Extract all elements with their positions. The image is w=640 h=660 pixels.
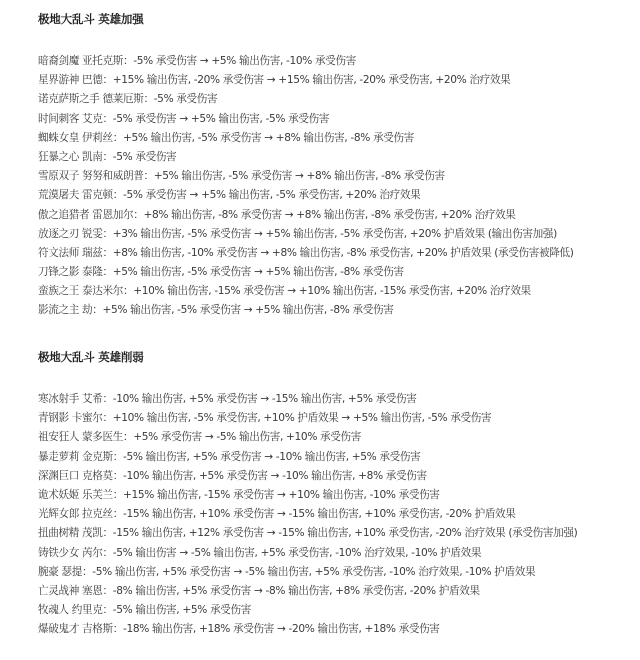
hero-name: 蛮族之王 泰达米尔：	[38, 285, 133, 297]
hero-name: 雪原双子 努努和威朗普：	[38, 170, 154, 182]
hero-name: 腕豪 瑟提：	[38, 566, 92, 578]
hero-name: 深渊巨口 克格莫：	[38, 470, 123, 482]
change-text: -5% 输出伤害, +5% 承受伤害 → -10% 输出伤害, +5% 承受伤害	[123, 451, 420, 463]
change-text: -8% 输出伤害, +5% 承受伤害 → -8% 输出伤害, +8% 承受伤害,…	[113, 585, 480, 597]
hero-name: 青钢影 卡蜜尔：	[38, 412, 113, 424]
change-text: +10% 输出伤害, -5% 承受伤害, +10% 护盾效果 → +5% 输出伤…	[113, 412, 491, 424]
change-text: +5% 输出伤害, -5% 承受伤害 → +8% 输出伤害, -8% 承受伤害	[123, 132, 414, 144]
change-text: -15% 输出伤害, +12% 承受伤害 → -15% 输出伤害, +10% 承…	[113, 527, 578, 539]
hero-name: 傲之追猎者 雷恩加尔：	[38, 209, 143, 221]
change-text: -5% 输出伤害, +5% 承受伤害 → -5% 输出伤害, +5% 承受伤害,…	[92, 566, 535, 578]
buff-item: 星界游神 巴德：+15% 输出伤害, -20% 承受伤害 → +15% 输出伤害…	[38, 71, 574, 90]
hero-name: 暴走萝莉 金克斯：	[38, 451, 123, 463]
change-text: -18% 输出伤害, +18% 承受伤害 → -20% 输出伤害, +18% 承…	[123, 623, 440, 635]
nerf-item: 青钢影 卡蜜尔：+10% 输出伤害, -5% 承受伤害, +10% 护盾效果 →…	[38, 409, 577, 428]
change-text: +15% 输出伤害, -20% 承受伤害 → +15% 输出伤害, -20% 承…	[113, 74, 511, 86]
buff-item: 狂暴之心 凯南：-5% 承受伤害	[38, 148, 574, 167]
buff-item: 放逐之刃 锐雯：+3% 输出伤害, -5% 承受伤害 → +5% 输出伤害, -…	[38, 225, 574, 244]
buff-item: 影流之主 劫：+5% 输出伤害, -5% 承受伤害 → +5% 输出伤害, -8…	[38, 301, 574, 320]
buff-item: 雪原双子 努努和威朗普：+5% 输出伤害, -5% 承受伤害 → +8% 输出伤…	[38, 167, 574, 186]
nerf-item: 寒冰射手 艾希：-10% 输出伤害, +5% 承受伤害 → -15% 输出伤害,…	[38, 390, 577, 409]
nerfs-list: 寒冰射手 艾希：-10% 输出伤害, +5% 承受伤害 → -15% 输出伤害,…	[38, 390, 577, 639]
hero-name: 祖安狂人 蒙多医生：	[38, 431, 133, 443]
change-text: +5% 输出伤害, -5% 承受伤害 → +5% 输出伤害, -8% 承受伤害	[102, 304, 393, 316]
nerf-item: 牧魂人 约里克：-5% 输出伤害, +5% 承受伤害	[38, 601, 577, 620]
nerf-item: 诡术妖姬 乐芙兰：+15% 输出伤害, -15% 承受伤害 → +10% 输出伤…	[38, 486, 577, 505]
buff-item: 荒漠屠夫 雷克顿：-5% 承受伤害 → +5% 输出伤害, -5% 承受伤害, …	[38, 186, 574, 205]
nerf-item: 祖安狂人 蒙多医生：+5% 承受伤害 → -5% 输出伤害, +10% 承受伤害	[38, 428, 577, 447]
nerf-item: 深渊巨口 克格莫：-10% 输出伤害, +5% 承受伤害 → -10% 输出伤害…	[38, 467, 577, 486]
nerf-item: 扭曲树精 茂凯：-15% 输出伤害, +12% 承受伤害 → -15% 输出伤害…	[38, 524, 577, 543]
change-text: -5% 输出伤害 → -5% 输出伤害, +5% 承受伤害, -10% 治疗效果…	[113, 547, 481, 559]
hero-name: 符文法师 瑞兹：	[38, 247, 113, 259]
hero-name: 诡术妖姬 乐芙兰：	[38, 489, 123, 501]
change-text: -5% 承受伤害	[154, 93, 218, 105]
hero-name: 亡灵战神 塞恩：	[38, 585, 113, 597]
hero-name: 暗裔剑魔 亚托克斯：	[38, 55, 133, 67]
change-text: +10% 输出伤害, -15% 承受伤害 → +10% 输出伤害, -15% 承…	[133, 285, 531, 297]
buff-item: 傲之追猎者 雷恩加尔：+8% 输出伤害, -8% 承受伤害 → +8% 输出伤害…	[38, 206, 574, 225]
hero-name: 狂暴之心 凯南：	[38, 151, 113, 163]
hero-name: 时间刺客 艾克：	[38, 113, 113, 125]
hero-name: 影流之主 劫：	[38, 304, 102, 316]
change-text: -5% 承受伤害	[113, 151, 177, 163]
buffs-section-title: 极地大乱斗 英雄加强	[38, 11, 144, 27]
hero-name: 寒冰射手 艾希：	[38, 393, 113, 405]
nerf-item: 铸铁少女 芮尔：-5% 输出伤害 → -5% 输出伤害, +5% 承受伤害, -…	[38, 544, 577, 563]
change-text: +8% 输出伤害, -10% 承受伤害 → +8% 输出伤害, -8% 承受伤害…	[113, 247, 574, 259]
change-text: -5% 输出伤害, +5% 承受伤害	[113, 604, 251, 616]
buff-item: 符文法师 瑞兹：+8% 输出伤害, -10% 承受伤害 → +8% 输出伤害, …	[38, 244, 574, 263]
change-text: -5% 承受伤害 → +5% 输出伤害, -5% 承受伤害	[113, 113, 329, 125]
hero-name: 刀锋之影 泰隆：	[38, 266, 113, 278]
buff-item: 暗裔剑魔 亚托克斯：-5% 承受伤害 → +5% 输出伤害, -10% 承受伤害	[38, 52, 574, 71]
hero-name: 爆破鬼才 吉格斯：	[38, 623, 123, 635]
change-text: -15% 输出伤害, +10% 承受伤害 → -15% 输出伤害, +10% 承…	[123, 508, 516, 520]
change-text: +3% 输出伤害, -5% 承受伤害 → +5% 输出伤害, -5% 承受伤害,…	[113, 228, 557, 240]
buff-item: 蛮族之王 泰达米尔：+10% 输出伤害, -15% 承受伤害 → +10% 输出…	[38, 282, 574, 301]
hero-name: 诺克萨斯之手 德莱厄斯：	[38, 93, 154, 105]
change-text: -5% 承受伤害 → +5% 输出伤害, -5% 承受伤害, +20% 治疗效果	[123, 189, 420, 201]
buff-item: 时间刺客 艾克：-5% 承受伤害 → +5% 输出伤害, -5% 承受伤害	[38, 110, 574, 129]
nerfs-section-title: 极地大乱斗 英雄削弱	[38, 349, 144, 365]
change-text: +8% 输出伤害, -8% 承受伤害 → +8% 输出伤害, -8% 承受伤害,…	[143, 209, 515, 221]
nerf-item: 光辉女郎 拉克丝：-15% 输出伤害, +10% 承受伤害 → -15% 输出伤…	[38, 505, 577, 524]
buff-item: 蜘蛛女皇 伊莉丝：+5% 输出伤害, -5% 承受伤害 → +8% 输出伤害, …	[38, 129, 574, 148]
buff-item: 诺克萨斯之手 德莱厄斯：-5% 承受伤害	[38, 90, 574, 109]
hero-name: 放逐之刃 锐雯：	[38, 228, 113, 240]
buff-item: 刀锋之影 泰隆：+5% 输出伤害, -5% 承受伤害 → +5% 输出伤害, -…	[38, 263, 574, 282]
hero-name: 铸铁少女 芮尔：	[38, 547, 113, 559]
nerf-item: 暴走萝莉 金克斯：-5% 输出伤害, +5% 承受伤害 → -10% 输出伤害,…	[38, 448, 577, 467]
hero-name: 扭曲树精 茂凯：	[38, 527, 113, 539]
nerf-item: 腕豪 瑟提：-5% 输出伤害, +5% 承受伤害 → -5% 输出伤害, +5%…	[38, 563, 577, 582]
change-text: +5% 输出伤害, -5% 承受伤害 → +5% 输出伤害, -8% 承受伤害	[113, 266, 404, 278]
change-text: -10% 输出伤害, +5% 承受伤害 → -15% 输出伤害, +5% 承受伤…	[113, 393, 417, 405]
hero-name: 星界游神 巴德：	[38, 74, 113, 86]
change-text: +5% 输出伤害, -5% 承受伤害 → +8% 输出伤害, -8% 承受伤害	[154, 170, 445, 182]
hero-name: 蜘蛛女皇 伊莉丝：	[38, 132, 123, 144]
hero-name: 荒漠屠夫 雷克顿：	[38, 189, 123, 201]
hero-name: 光辉女郎 拉克丝：	[38, 508, 123, 520]
change-text: -10% 输出伤害, +5% 承受伤害 → -10% 输出伤害, +8% 承受伤…	[123, 470, 427, 482]
hero-name: 牧魂人 约里克：	[38, 604, 113, 616]
change-text: +15% 输出伤害, -15% 承受伤害 → +10% 输出伤害, -10% 承…	[123, 489, 440, 501]
buffs-list: 暗裔剑魔 亚托克斯：-5% 承受伤害 → +5% 输出伤害, -10% 承受伤害…	[38, 52, 574, 321]
nerf-item: 爆破鬼才 吉格斯：-18% 输出伤害, +18% 承受伤害 → -20% 输出伤…	[38, 620, 577, 639]
change-text: -5% 承受伤害 → +5% 输出伤害, -10% 承受伤害	[133, 55, 356, 67]
change-text: +5% 承受伤害 → -5% 输出伤害, +10% 承受伤害	[133, 431, 361, 443]
nerf-item: 亡灵战神 塞恩：-8% 输出伤害, +5% 承受伤害 → -8% 输出伤害, +…	[38, 582, 577, 601]
